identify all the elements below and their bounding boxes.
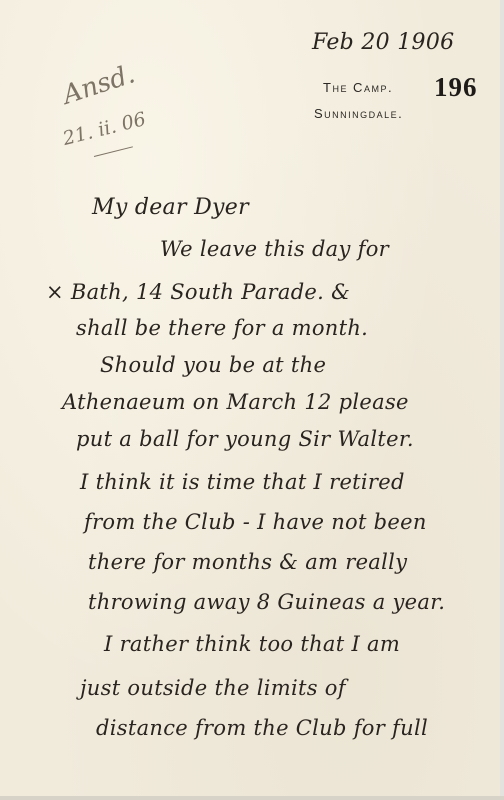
letterhead-line-1: The Camp. [323, 80, 393, 95]
body-line: I think it is time that I retired [80, 470, 405, 494]
body-line: We leave this day for [160, 237, 389, 261]
letterhead-line-2: Sunningdale. [314, 106, 403, 121]
body-line: from the Club - I have not been [84, 510, 427, 534]
body-line: shall be there for a month. [76, 316, 368, 340]
salutation: My dear Dyer [92, 195, 249, 220]
answered-annotation: Ansd. [59, 59, 138, 110]
annotation-underline [94, 146, 133, 157]
body-line: just outside the limits of [80, 676, 346, 700]
body-line: throwing away 8 Guineas a year. [88, 590, 445, 614]
body-line: × Bath, 14 South Parade. & [46, 280, 350, 304]
answered-date-annotation: 21. ii. 06 [61, 108, 148, 150]
body-line: there for months & am really [88, 550, 407, 574]
letter-page: Ansd. 21. ii. 06 Feb 20 1906 The Camp. S… [0, 0, 500, 796]
page-edge-right [500, 0, 504, 800]
body-line: I rather think too that I am [104, 632, 400, 656]
body-line: Should you be at the [100, 353, 326, 377]
folio-number: 196 [434, 72, 478, 103]
body-line: distance from the Club for full [96, 716, 428, 740]
body-line: put a ball for young Sir Walter. [76, 427, 414, 451]
letter-date: Feb 20 1906 [312, 30, 454, 55]
body-line: Athenaeum on March 12 please [62, 390, 409, 414]
page-edge-bottom [0, 796, 504, 800]
